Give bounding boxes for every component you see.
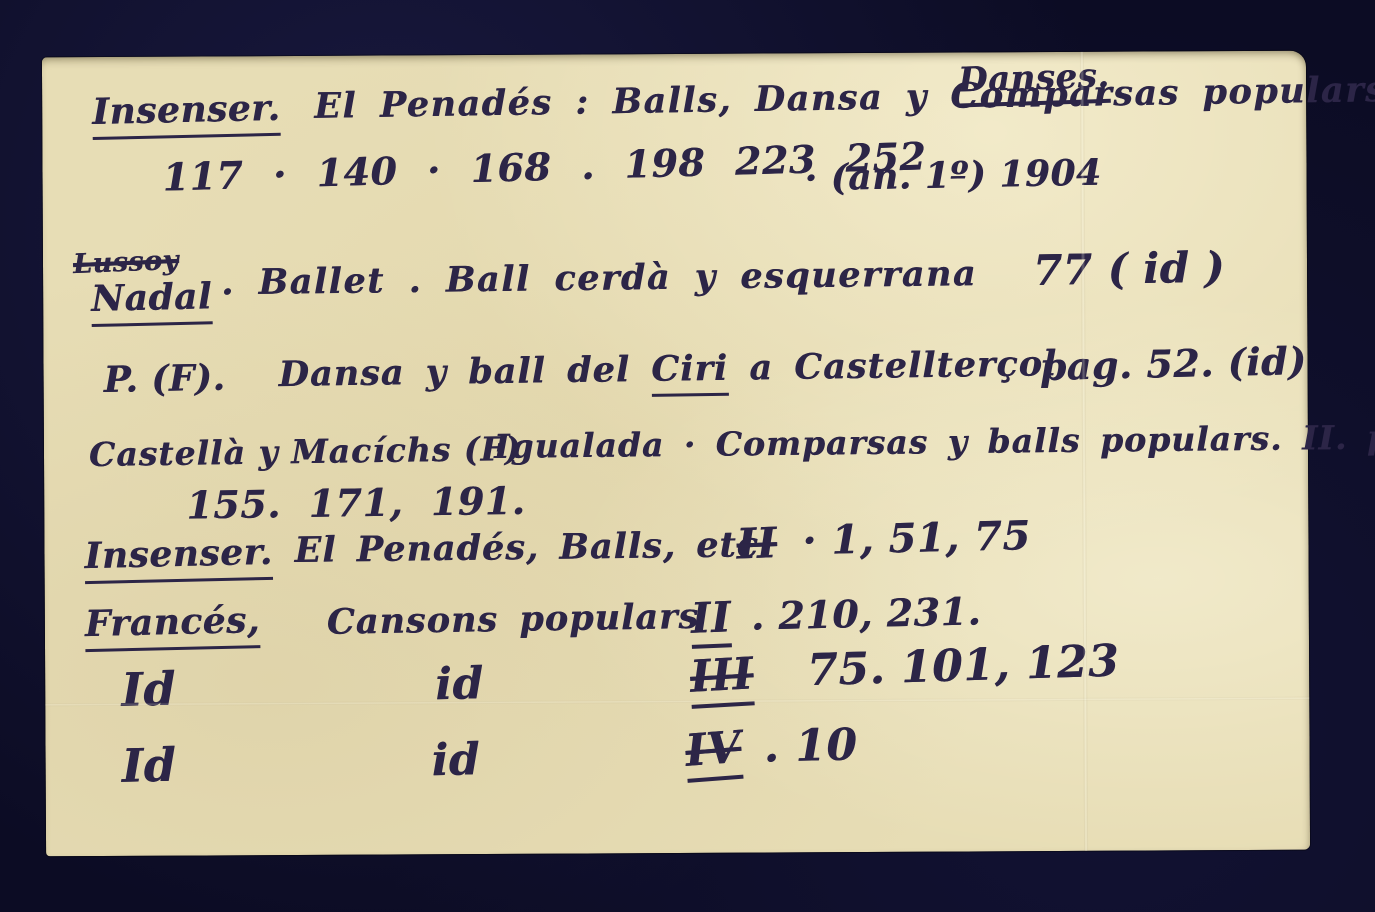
entry-ref: 77 ( id ) xyxy=(1033,242,1226,295)
entry-volume: IV xyxy=(683,722,743,783)
entry-author: P. (F). xyxy=(103,357,226,401)
entry-title: Cansons populars xyxy=(327,596,700,643)
entry-title: El Penadés, Balls, etc xyxy=(294,524,759,571)
entry-title: El Penadés : Balls, Dansa y Comparsas po… xyxy=(314,69,1375,127)
entry-author: Francés, xyxy=(84,599,260,652)
entry-author: Castellà y Macíchs (F) xyxy=(89,429,522,474)
entry-pages: · 1, 51, 75 xyxy=(802,512,1031,564)
scan-background: Danses. Insenser. El Penadés : Balls, Da… xyxy=(0,0,1375,912)
paper-crease-horizontal xyxy=(45,697,1309,707)
index-card: Danses. Insenser. El Penadés : Balls, Da… xyxy=(42,51,1310,857)
entry-title-pre: Dansa y ball del xyxy=(278,349,651,395)
entry-pages: 155. 171, 191. xyxy=(186,478,526,528)
entry-volume: II xyxy=(690,592,732,649)
entry-title: . Ballet . Ball cerdà y esquerrana xyxy=(221,253,977,303)
entry-note: · (an. 1º) 1904 xyxy=(804,152,1102,200)
entry-pages: 75. 101, 123 xyxy=(806,636,1120,697)
entry-title: id xyxy=(431,734,481,786)
entry-author: Nadal xyxy=(91,275,213,327)
entry-struck-word: Lussoy xyxy=(72,245,179,280)
entry-title-underlined: Ciri xyxy=(651,348,729,397)
entry-author: Id xyxy=(121,738,177,793)
entry-author: Id xyxy=(121,662,177,717)
entry-ref: pag. 52. (id) xyxy=(1039,338,1307,389)
entry-pages: . 210, 231. xyxy=(750,588,981,638)
entry-author: Insenser. xyxy=(92,87,281,140)
entry-volume: III xyxy=(689,648,755,709)
entry-volume: II xyxy=(735,518,777,569)
entry-title: Dansa y ball del Ciri a Castellterçol xyxy=(278,343,1057,395)
entry-title: Igualada · Comparsas y balls populars. I… xyxy=(494,417,1375,466)
entry-pages: . 10 xyxy=(763,719,858,772)
entry-author: Insenser. xyxy=(84,531,273,584)
entry-title-post: a Castellterçol xyxy=(728,343,1058,389)
entry-title: id xyxy=(435,658,485,710)
